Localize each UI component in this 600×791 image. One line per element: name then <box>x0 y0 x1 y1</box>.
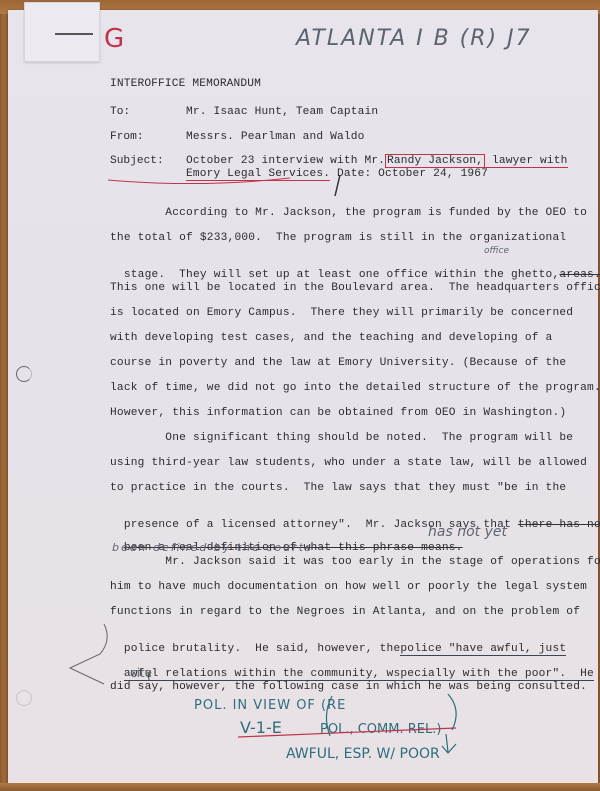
slash-mark <box>335 175 340 196</box>
footer-arrow <box>442 734 456 753</box>
pen-strokes <box>0 0 600 791</box>
footer-paren-left <box>326 696 332 736</box>
margin-bracket <box>70 624 107 684</box>
red-underline-org <box>108 178 290 184</box>
red-underline-footer <box>238 728 456 737</box>
footer-paren-right <box>448 694 456 730</box>
caret-mark <box>148 672 149 680</box>
